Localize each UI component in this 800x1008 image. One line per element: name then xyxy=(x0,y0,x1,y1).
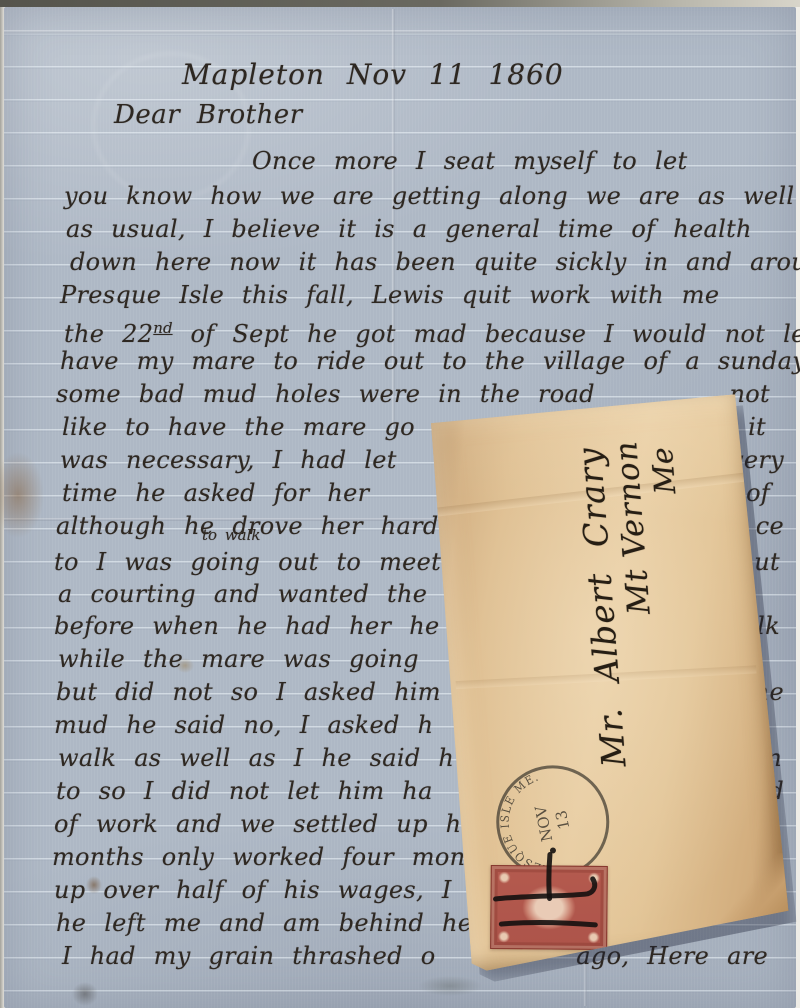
paper-fold-crease xyxy=(4,30,796,34)
letter-line-text: he left me and am behind he xyxy=(56,909,472,937)
letter-line-text: while the mare was going xyxy=(58,645,419,673)
scanned-letter-page: Mapleton Nov 11 1860 Dear Brother Once m… xyxy=(0,0,800,1008)
postmark-month: NOV xyxy=(531,803,556,843)
letter-line-text: as usual, I believe it is a general time… xyxy=(66,215,752,243)
letter-line-text: up over half of his wages, I xyxy=(54,876,452,904)
faded-writing-trace xyxy=(72,982,98,1006)
envelope: Mr. Albert Crary Mt Vernon Me PRESQUE IS… xyxy=(429,393,792,971)
letter-line-text: to walk xyxy=(202,527,261,543)
letter-line: I had my grain thrashed oago, Here are xyxy=(62,941,788,972)
letter-line-text: Once more I seat myself to let xyxy=(252,147,687,175)
letter-line-text: the 22 xyxy=(64,320,153,348)
postmark-day: 13 xyxy=(552,809,573,831)
letter-line-text: of Sept he got mad because I would not l… xyxy=(173,320,800,348)
letter-line-text: months only worked four mont xyxy=(52,843,475,871)
letter-line-text: it xyxy=(748,412,766,443)
letter-line: Once more I seat myself to let xyxy=(252,146,788,177)
letter-line-text: down here now it has been quite sickly i… xyxy=(70,248,800,276)
letter-line-text: but did not so I asked him xyxy=(56,678,441,706)
pen-cancel-icon xyxy=(491,866,607,949)
letter-line-text: like to have the mare go xyxy=(62,413,415,441)
letter-line: have my mare to ride out to the village … xyxy=(60,346,788,377)
letter-line-text: time he asked for her xyxy=(62,479,369,507)
letter-line: you know how we are getting along we are… xyxy=(64,181,788,212)
letter-line: down here now it has been quite sickly i… xyxy=(70,247,788,278)
letter-line-text: ce xyxy=(756,511,784,542)
letter-line-text: Presque Isle this fall, Lewis quit work … xyxy=(60,281,719,309)
letter-line-text: nd xyxy=(153,319,172,337)
postage-stamp xyxy=(490,865,608,950)
paper-stain xyxy=(0,452,44,538)
letter-line-text: to so I did not let him ha xyxy=(56,777,433,805)
letter-line-text: you know how we are getting along we are… xyxy=(64,182,794,210)
scan-edge xyxy=(0,0,800,7)
letter-line: the 22nd of Sept he got mad because I wo… xyxy=(64,313,788,344)
letter-line-text: was necessary, I had let xyxy=(60,446,397,474)
letter-line-text: have my mare to ride out to the village … xyxy=(60,347,800,375)
paper-smudge xyxy=(418,976,482,996)
letter-line-text: of work and we settled up h xyxy=(54,810,461,838)
letter-line-text: walk as well as I he said h xyxy=(58,744,454,772)
letter-line: Presque Isle this fall, Lewis quit work … xyxy=(60,280,788,311)
letter-line-text: before when he had her he p xyxy=(54,612,473,640)
letter-line: as usual, I believe it is a general time… xyxy=(66,214,788,245)
letter-heading: Mapleton Nov 11 1860 xyxy=(182,58,564,91)
letter-line-text: mud he said no, I asked h xyxy=(54,711,433,739)
letter-line-text: some bad mud holes were in the road xyxy=(56,380,595,408)
letter-salutation: Dear Brother xyxy=(114,100,303,130)
letter-line-text: I had my grain thrashed o xyxy=(62,942,436,970)
letter-line-text: to I was going out to meet xyxy=(54,548,441,576)
letter-line-text: a courting and wanted the m xyxy=(58,580,468,608)
